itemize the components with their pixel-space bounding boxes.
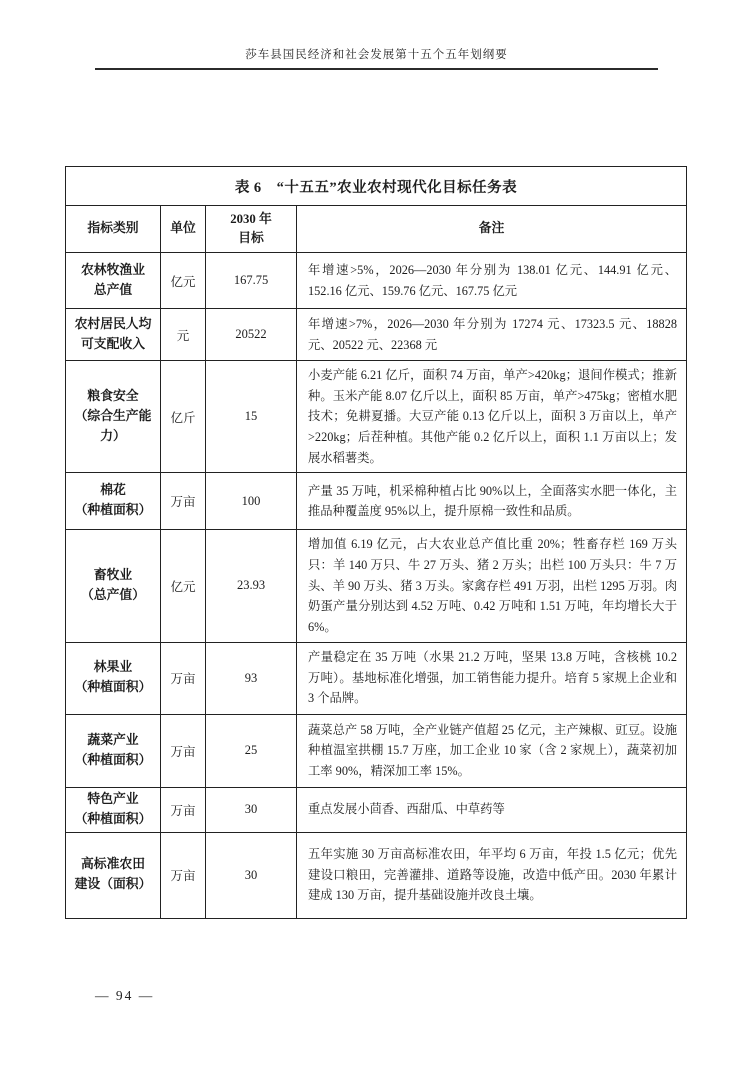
target-cell: 30 [206,832,297,918]
table-row: 蔬菜产业 （种植面积） 万亩 25 蔬菜总产 58 万吨，全产业链产值超 25 … [66,714,687,787]
table-row: 农村居民人均 可支配收入 元 20522 年增速>7%，2026—2030 年分… [66,309,687,361]
unit-cell: 万亩 [161,714,206,787]
unit-cell: 万亩 [161,642,206,714]
target-cell: 30 [206,787,297,832]
target-cell: 23.93 [206,530,297,642]
unit-cell: 元 [161,309,206,361]
unit-cell: 亿元 [161,253,206,309]
remark-cell: 五年实施 30 万亩高标准农田，年平均 6 万亩，年投 1.5 亿元；优先建设口… [297,832,687,918]
table-title-row: 表 6 “十五五”农业农村现代化目标任务表 [66,167,687,206]
table-row: 粮食安全 （综合生产能 力） 亿斤 15 小麦产能 6.21 亿斤，面积 74 … [66,361,687,473]
unit-cell: 万亩 [161,832,206,918]
indicator-cell: 畜牧业 （总产值） [66,530,161,642]
table-row: 畜牧业 （总产值） 亿元 23.93 增加值 6.19 亿元，占大农业总产值比重… [66,530,687,642]
header-rule [95,68,658,70]
table-row: 农林牧渔业 总产值 亿元 167.75 年增速>5%，2026—2030 年分别… [66,253,687,309]
table-row: 棉花 （种植面积） 万亩 100 产量 35 万吨，机采棉种植占比 90%以上，… [66,473,687,530]
page-number: — 94 — [95,988,154,1004]
target-cell: 100 [206,473,297,530]
target-cell: 25 [206,714,297,787]
table-row: 林果业 （种植面积） 万亩 93 产量稳定在 35 万吨（水果 21.2 万吨，… [66,642,687,714]
target-cell: 93 [206,642,297,714]
target-cell: 167.75 [206,253,297,309]
column-header-unit: 单位 [161,206,206,253]
unit-cell: 亿元 [161,530,206,642]
table-row: 高标准农田 建设（面积） 万亩 30 五年实施 30 万亩高标准农田，年平均 6… [66,832,687,918]
remark-cell: 蔬菜总产 58 万吨，全产业链产值超 25 亿元，主产辣椒、豇豆。设施种植温室拱… [297,714,687,787]
remark-cell: 重点发展小茴香、西甜瓜、中草药等 [297,787,687,832]
remark-cell: 增加值 6.19 亿元，占大农业总产值比重 20%；牲畜存栏 169 万头只：羊… [297,530,687,642]
column-header-indicator: 指标类别 [66,206,161,253]
indicator-cell: 林果业 （种植面积） [66,642,161,714]
remark-cell: 产量 35 万吨，机采棉种植占比 90%以上，全面落实水肥一体化，主推品种覆盖度… [297,473,687,530]
target-cell: 20522 [206,309,297,361]
indicator-cell: 蔬菜产业 （种植面积） [66,714,161,787]
unit-cell: 万亩 [161,787,206,832]
table-row: 特色产业 （种植面积） 万亩 30 重点发展小茴香、西甜瓜、中草药等 [66,787,687,832]
indicator-cell: 高标准农田 建设（面积） [66,832,161,918]
target-cell: 15 [206,361,297,473]
remark-cell: 产量稳定在 35 万吨（水果 21.2 万吨，坚果 13.8 万吨，含核桃 10… [297,642,687,714]
indicator-cell: 农村居民人均 可支配收入 [66,309,161,361]
remark-cell: 小麦产能 6.21 亿斤，面积 74 万亩，单产>420kg；退间作模式；推新种… [297,361,687,473]
table-title: 表 6 “十五五”农业农村现代化目标任务表 [66,167,687,206]
unit-cell: 亿斤 [161,361,206,473]
remark-cell: 年增速>5%，2026—2030 年分别为 138.01 亿元、144.91 亿… [297,253,687,309]
indicator-cell: 特色产业 （种植面积） [66,787,161,832]
column-header-target: 2030 年 目标 [206,206,297,253]
running-header: 莎车县国民经济和社会发展第十五个五年划纲要 [0,46,753,62]
table-header-row: 指标类别 单位 2030 年 目标 备注 [66,206,687,253]
indicator-cell: 农林牧渔业 总产值 [66,253,161,309]
indicator-cell: 粮食安全 （综合生产能 力） [66,361,161,473]
document-page: 莎车县国民经济和社会发展第十五个五年划纲要 表 6 “十五五”农业农村现代化目标… [0,0,753,1066]
target-task-table: 表 6 “十五五”农业农村现代化目标任务表 指标类别 单位 2030 年 目标 … [65,166,687,919]
column-header-remark: 备注 [297,206,687,253]
remark-cell: 年增速>7%，2026—2030 年分别为 17274 元、17323.5 元、… [297,309,687,361]
unit-cell: 万亩 [161,473,206,530]
indicator-cell: 棉花 （种植面积） [66,473,161,530]
